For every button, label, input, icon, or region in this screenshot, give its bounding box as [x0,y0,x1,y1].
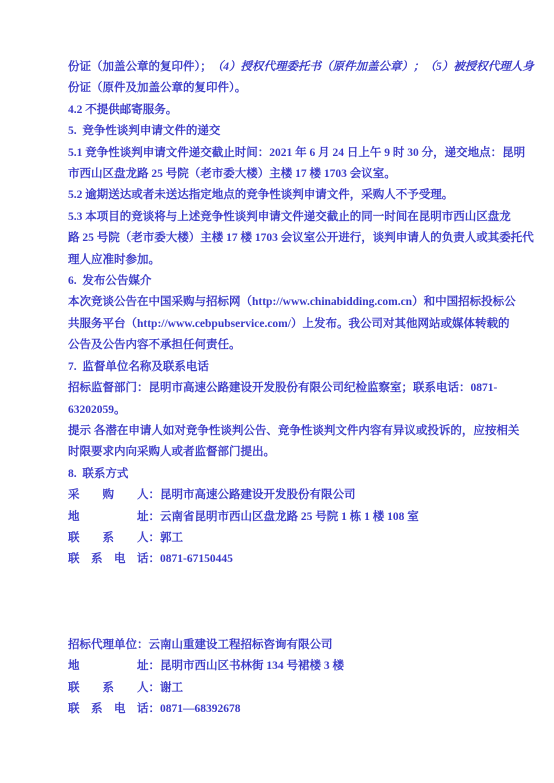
document-content: 份证（加盖公章的复印件）；（4）授权代理委托书（原件加盖公章）；（5）被授权代理… [68,57,508,721]
document-line [68,571,508,592]
document-text: 8. 联系方式 [68,468,128,480]
document-text: 采 购 人：昆明市高速公路建设开发股份有限公司 [68,489,356,501]
document-line: 7. 监督单位名称及联系电话 [68,357,508,378]
document-text: 联 系 电 话：0871—68392678 [68,703,241,715]
document-line: 本次竞谈公告在中国采购与招标网（http://www.chinabidding.… [68,292,508,313]
document-line: 共服务平台（http://www.cebpubservice.com/）上发布。… [68,314,508,335]
document-text: 本次竞谈公告在中国采购与招标网（http://www.chinabidding.… [68,296,516,308]
document-line: 公告及公告内容不承担任何责任。 [68,335,508,356]
document-text: 招标代理单位：云南山重建设工程招标咨询有限公司 [68,639,333,651]
document-line: 采 购 人：昆明市高速公路建设开发股份有限公司 [68,485,508,506]
document-text: 联 系 人：郭工 [68,532,183,544]
document-line: 5.3 本项目的竞谈将与上述竞争性谈判申请文件递交截止的同一时间在昆明市西山区盘… [68,207,508,228]
document-line: 时限要求内向采购人或者监督部门提出。 [68,442,508,463]
document-text: 地 址：昆明市西山区书林街 134 号裙楼 3 楼 [68,660,344,672]
document-text: 时限要求内向采购人或者监督部门提出。 [68,446,275,458]
document-text-italic: （4）授权代理委托书（原件加盖公章）；（5）被授权代理人身 [212,61,534,73]
document-line [68,614,508,635]
document-line [68,592,508,613]
document-line: 路 25 号院（老市委大楼）主楼 17 楼 1703 会议室公开进行，谈判申请人… [68,228,508,249]
document-line: 8. 联系方式 [68,464,508,485]
document-line: 联 系 人：谢工 [68,678,508,699]
document-text: 63202059。 [68,404,126,416]
document-text: 5.2 逾期送达或者未送达指定地点的竞争性谈判申请文件，采购人不予受理。 [68,189,453,201]
document-line: 份证（加盖公章的复印件）；（4）授权代理委托书（原件加盖公章）；（5）被授权代理… [68,57,508,78]
document-line: 4.2 不提供邮寄服务。 [68,100,508,121]
document-line: 6. 发布公告媒介 [68,271,508,292]
document-line: 5. 竞争性谈判申请文件的递交 [68,121,508,142]
document-line: 5.1 竞争性谈判申请文件递交截止时间：2021 年 6 月 24 日上午 9 … [68,143,508,164]
document-line: 63202059。 [68,400,508,421]
document-text: 市西山区盘龙路 25 号院（老市委大楼）主楼 17 楼 1703 会议室。 [68,168,396,180]
document-line: 理人应准时参加。 [68,250,508,271]
document-text: 提示 各潜在申请人如对竞争性谈判公告、竞争性谈判文件内容有异议或投诉的，应按相关 [68,425,519,437]
document-line: 招标代理单位：云南山重建设工程招标咨询有限公司 [68,635,508,656]
document-text: 5. 竞争性谈判申请文件的递交 [68,125,220,137]
document-text: 份证（加盖公章的复印件）； [68,61,212,73]
document-line: 联 系 人：郭工 [68,528,508,549]
document-text: 7. 监督单位名称及联系电话 [68,361,209,373]
document-text: 共服务平台（http://www.cebpubservice.com/）上发布。… [68,318,509,330]
document-line: 地 址：昆明市西山区书林街 134 号裙楼 3 楼 [68,656,508,677]
document-line: 提示 各潜在申请人如对竞争性谈判公告、竞争性谈判文件内容有异议或投诉的，应按相关 [68,421,508,442]
document-text: 联 系 电 话：0871-67150445 [68,553,233,565]
document-text: 公告及公告内容不承担任何责任。 [68,339,241,351]
document-text: 联 系 人：谢工 [68,682,183,694]
document-text: 6. 发布公告媒介 [68,275,151,287]
document-line: 5.2 逾期送达或者未送达指定地点的竞争性谈判申请文件，采购人不予受理。 [68,185,508,206]
document-line: 份证（原件及加盖公章的复印件）。 [68,78,508,99]
document-text: 路 25 号院（老市委大楼）主楼 17 楼 1703 会议室公开进行，谈判申请人… [68,232,534,244]
document-text: 理人应准时参加。 [68,254,160,266]
document-text: 5.3 本项目的竞谈将与上述竞争性谈判申请文件递交截止的同一时间在昆明市西山区盘… [68,211,511,223]
document-text: 招标监督部门：昆明市高速公路建设开发股份有限公司纪检监察室；联系电话：0871- [68,382,497,394]
document-line: 联 系 电 话：0871—68392678 [68,699,508,720]
document-line: 市西山区盘龙路 25 号院（老市委大楼）主楼 17 楼 1703 会议室。 [68,164,508,185]
document-text: 5.1 竞争性谈判申请文件递交截止时间：2021 年 6 月 24 日上午 9 … [68,147,525,159]
document-line: 地 址：云南省昆明市西山区盘龙路 25 号院 1 栋 1 楼 108 室 [68,507,508,528]
document-text: 4.2 不提供邮寄服务。 [68,104,177,116]
document-text: 份证（原件及加盖公章的复印件）。 [68,82,246,94]
document-line: 招标监督部门：昆明市高速公路建设开发股份有限公司纪检监察室；联系电话：0871- [68,378,508,399]
document-text: 地 址：云南省昆明市西山区盘龙路 25 号院 1 栋 1 楼 108 室 [68,511,419,523]
document-page: 份证（加盖公章的复印件）；（4）授权代理委托书（原件加盖公章）；（5）被授权代理… [0,0,554,783]
document-line: 联 系 电 话：0871-67150445 [68,549,508,570]
